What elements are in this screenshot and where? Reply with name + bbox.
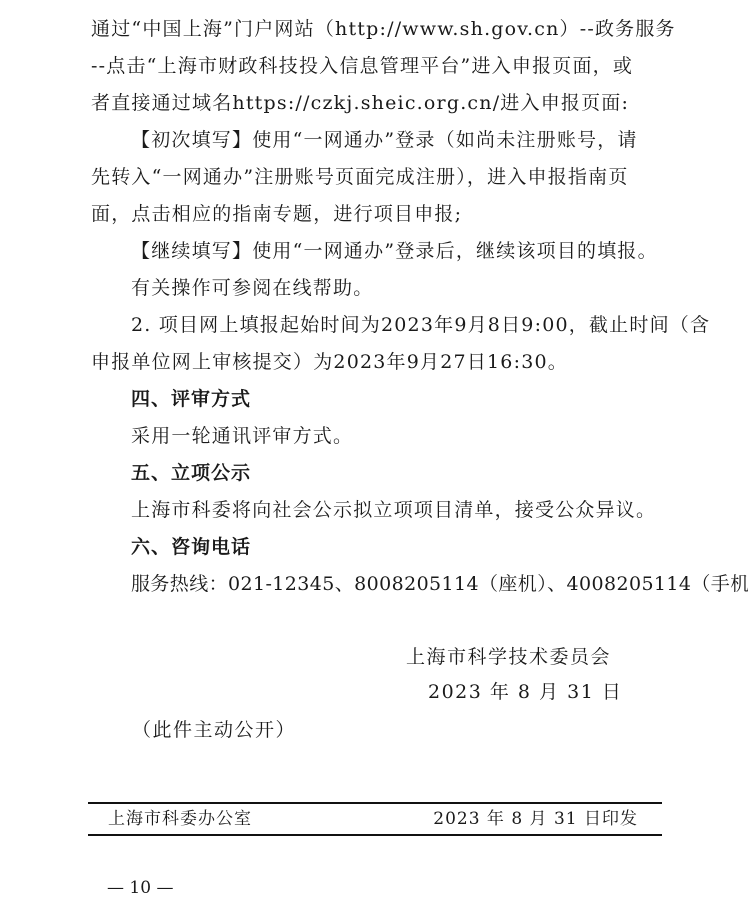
body-line-1: 通过“中国上海”门户网站（http://www.sh.gov.cn）--政务服务 (91, 11, 661, 48)
body-line-6: 面，点击相应的指南专题，进行项目申报; (91, 196, 661, 233)
body-line-9: 2. 项目网上填报起始时间为2023年9月8日9:00，截止时间（含 (131, 307, 661, 344)
document-page: 通过“中国上海”门户网站（http://www.sh.gov.cn）--政务服务… (0, 0, 748, 904)
signature-date: 2023 年 8 月 31 日 (428, 677, 622, 707)
body-line-10: 申报单位网上审核提交）为2023年9月27日16:30。 (91, 344, 661, 381)
footer-bottom-rule (88, 834, 662, 836)
footer-print-date: 2023 年 8 月 31 日印发 (433, 804, 638, 834)
body-line-5: 先转入“一网通办”注册账号页面完成注册），进入申报指南页 (91, 159, 661, 196)
section-content-project-publicity: 上海市科委将向社会公示拟立项项目清单，接受公众异议。 (131, 492, 661, 529)
section-content-consult-phone: 服务热线：021-12345、8008205114（座机）、4008205114… (131, 566, 661, 603)
signature-organization: 上海市科学技术委员会 (406, 642, 611, 672)
body-line-7: 【继续填写】使用“一网通办”登录后，继续该项目的填报。 (131, 233, 661, 270)
disclosure-note: （此件主动公开） (132, 715, 296, 745)
page-number: — 10 — (107, 874, 173, 902)
body-line-4: 【初次填写】使用“一网通办”登录（如尚未注册账号，请 (131, 122, 661, 159)
section-heading-project-publicity: 五、立项公示 (131, 455, 661, 492)
body-line-2: --点击“上海市财政科技投入信息管理平台”进入申报页面，或 (91, 48, 661, 85)
section-heading-review-method: 四、评审方式 (131, 381, 661, 418)
footer-issuer: 上海市科委办公室 (108, 804, 252, 834)
body-line-3: 者直接通过域名https://czkj.sheic.org.cn/进入申报页面: (91, 85, 661, 122)
section-content-review-method: 采用一轮通讯评审方式。 (131, 418, 661, 455)
body-line-8: 有关操作可参阅在线帮助。 (131, 270, 661, 307)
section-heading-consult-phone: 六、咨询电话 (131, 529, 661, 566)
